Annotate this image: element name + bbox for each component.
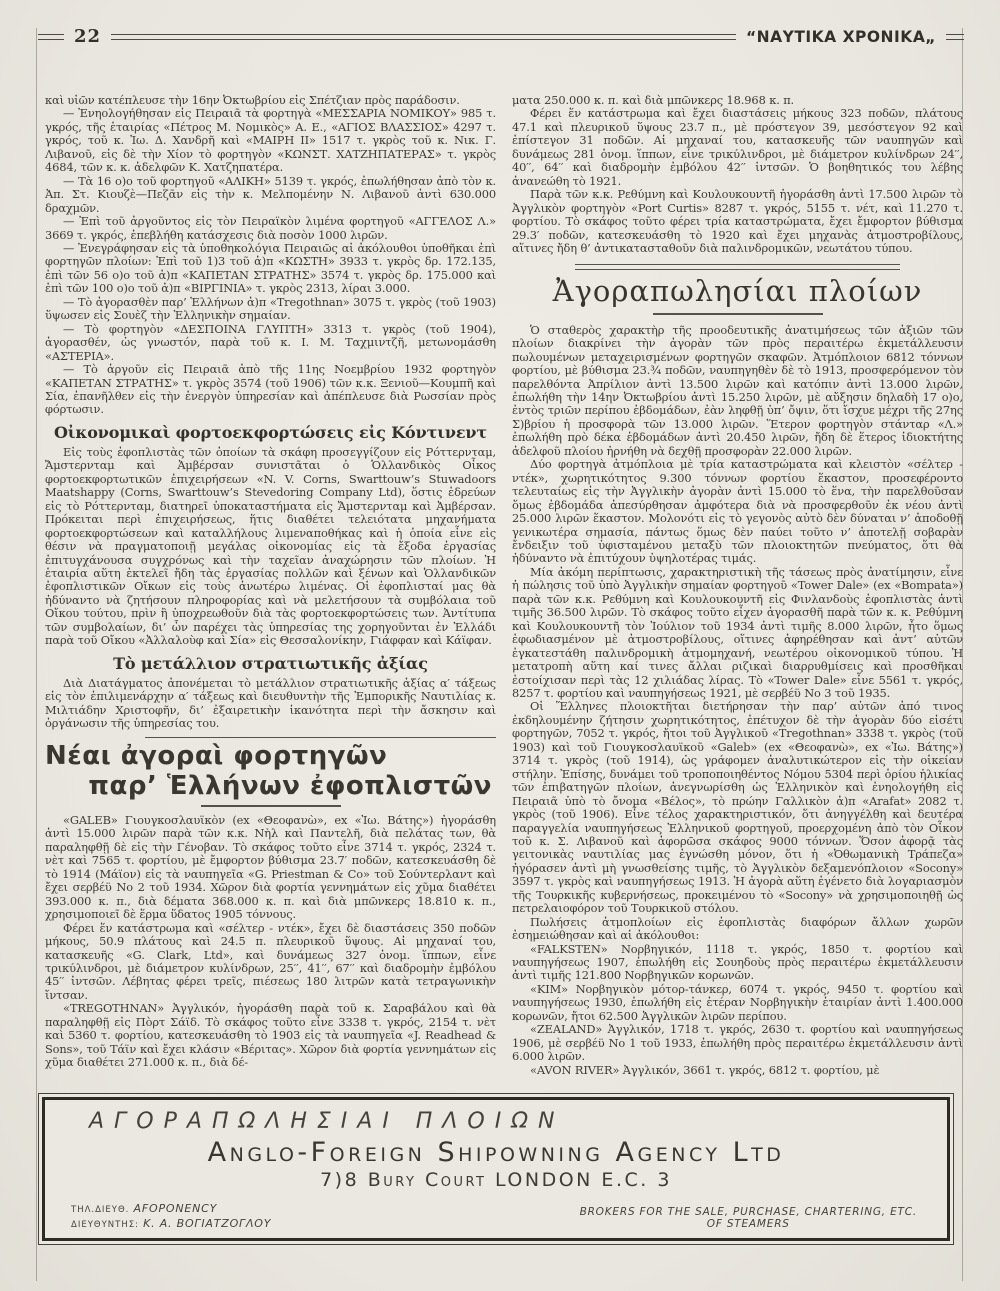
paragraph: Διὰ Διατάγματος ἀπονέμεται τὸ μετάλλιον … xyxy=(45,677,496,731)
divider-rule xyxy=(145,737,496,738)
article-headline: Ἀγοραπωλησίαι πλοίων xyxy=(512,274,963,308)
ad-company-name: Anglo-Foreign Shipowning Agency Ltd xyxy=(45,1137,947,1168)
paragraph: Φέρει ἕν κατάστρωμα καὶ «σέλτερ - ντέκ»,… xyxy=(45,922,496,1003)
ad-brokers-line2: OF STEAMERS xyxy=(580,1218,917,1230)
header-rule xyxy=(946,34,964,40)
divider-rule xyxy=(201,805,341,807)
magazine-page: 22 “ΝΑΥΤΙΚΑ ΧΡΟΝΙΚΑ„ καὶ υἱῶν κατέπλευσε… xyxy=(0,0,1000,1291)
paragraph-continuation: καὶ υἱῶν κατέπλευσε τὴν 16ην Ὀκτωβρίου ε… xyxy=(45,94,496,107)
left-column: καὶ υἱῶν κατέπλευσε τὴν 16ην Ὀκτωβρίου ε… xyxy=(45,94,496,1077)
ad-brokers-block: BROKERS FOR THE SALE, PURCHASE, CHARTERI… xyxy=(580,1206,917,1230)
headline-line1: Νέαι ἀγοραὶ φορτηγῶν xyxy=(45,741,496,771)
paragraph: «ΚΙΜ» Νορβηγικὸν μότορ-τάνκερ, 6074 τ. γ… xyxy=(512,983,963,1023)
ad-telegraph-value: AFOPONENCY xyxy=(134,1202,218,1215)
paragraph: Εἰς τοὺς ἐφοπλιστὰς τῶν ὁποίων τὰ σκάφη … xyxy=(45,446,496,648)
paragraph: Παρὰ τῶν κ.κ. Ρεθύμνη καὶ Κουλουκουντῆ ἠ… xyxy=(512,188,963,255)
paragraph: Ὁ σταθερὸς χαρακτὴρ τῆς προοδευτικῆς ἀνα… xyxy=(512,324,963,459)
header-rule xyxy=(38,34,64,40)
news-item: — Ἐνεγράφησαν εἰς τὰ ὑποθηκολόγια Πειραι… xyxy=(45,242,496,296)
news-item: — Τὸ ἀγορασθὲν παρ’ Ἑλλήνων ἀ)π «Tregoth… xyxy=(45,296,496,323)
paragraph: «GALEB» Γιουγκοσλαυϊκὸν (ex «Θεοφανὼ», e… xyxy=(45,814,496,922)
news-item: — Τὰ 16 ο)ο τοῦ φορτηγοῦ «ΑΛΙΚΗ» 5139 τ.… xyxy=(45,175,496,215)
columns: καὶ υἱῶν κατέπλευσε τὴν 16ην Ὀκτωβρίου ε… xyxy=(45,94,963,1077)
paragraph: «ZEALAND» Ἀγγλικόν, 1718 τ. γκρός, 2630 … xyxy=(512,1023,963,1063)
section-title: Οἰκονομικαὶ φορτοεκφορτώσεις εἰς Κόντινε… xyxy=(45,424,496,442)
page-edge-rule-left xyxy=(36,28,37,1281)
paragraph: Φέρει ἕν κατάστρωμα καὶ ἔχει διαστάσεις … xyxy=(512,107,963,188)
ad-contact-block: ΤΗΛ.ΔΙΕΥΘ. AFOPONENCY ΔΙΕΥΘΥΝΤΗΣ: Κ. Α. … xyxy=(71,1200,271,1230)
ad-director-line: ΔΙΕΥΘΥΝΤΗΣ: Κ. Α. ΒΟΓΙΑΤΖΟΓΛΟΥ xyxy=(71,1217,271,1230)
news-item: — Τὸ φορτηγὸν «ΔΕΣΠΟΙΝΑ ΓΛΥΠΤΗ» 3313 τ. … xyxy=(45,323,496,363)
ad-brokers-line1: BROKERS FOR THE SALE, PURCHASE, CHARTERI… xyxy=(580,1206,917,1218)
ad-director-label: ΔΙΕΥΘΥΝΤΗΣ: xyxy=(71,1220,139,1230)
section-title: Τὸ μετάλλιον στρατιωτικῆς ἀξίας xyxy=(45,655,496,673)
ad-footer: ΤΗΛ.ΔΙΕΥΘ. AFOPONENCY ΔΙΕΥΘΥΝΤΗΣ: Κ. Α. … xyxy=(71,1200,917,1230)
news-item: — Τὸ ἀργοῦν εἰς Πειραιᾶ ἀπὸ τῆς 11ης Νοε… xyxy=(45,363,496,417)
header-rule xyxy=(111,34,736,40)
paragraph: Πωλήσεις ἀτμοπλοίων εἰς ἐφοπλιστὰς διαφό… xyxy=(512,916,963,943)
page-number: 22 xyxy=(74,26,101,47)
ad-address: 7)8 Bury Court LONDON E.C. 3 xyxy=(45,1169,947,1191)
ad-director-value: Κ. Α. ΒΟΓΙΑΤΖΟΓΛΟΥ xyxy=(143,1217,271,1230)
paragraph: «TREGOTHNAN» Ἀγγλικόν, ἠγοράσθη παρὰ τοῦ… xyxy=(45,1002,496,1069)
paragraph: Δύο φορτηγὰ ἀτμόπλοια μὲ τρία καταστρώμα… xyxy=(512,458,963,566)
advertisement-box: ΑΓΟΡΑΠΩΛΗΣΙΑΙ ΠΛΟΙΩΝ Anglo-Foreign Shipo… xyxy=(38,1093,954,1245)
divider-rule xyxy=(575,264,900,270)
news-item: — Ἐνηολογήθησαν εἰς Πειραιᾶ τὰ φορτηγὰ «… xyxy=(45,107,496,174)
paragraph: Οἱ Ἕλληνες πλοιοκτῆται διετήρησαν τὴν πα… xyxy=(512,700,963,915)
ad-title: ΑΓΟΡΑΠΩΛΗΣΙΑΙ ΠΛΟΙΩΝ xyxy=(89,1109,947,1134)
article-headline: Νέαι ἀγοραὶ φορτηγῶν παρ’ Ἑλλήνων ἐφοπλι… xyxy=(45,741,496,801)
page-header: 22 “ΝΑΥΤΙΚΑ ΧΡΟΝΙΚΑ„ xyxy=(38,26,964,47)
news-item: — Ἐπὶ τοῦ ἀργοῦντος εἰς τὸν Πειραϊκὸν λι… xyxy=(45,215,496,242)
headline-line2: παρ’ Ἑλλήνων ἐφοπλιστῶν xyxy=(45,771,496,801)
paragraph: «AVON RIVER» Ἀγγλικόν, 3661 τ. γκρός, 68… xyxy=(512,1064,963,1077)
right-column: ματα 250.000 κ. π. καὶ διὰ μπῶνκερς 18.9… xyxy=(512,94,963,1077)
paragraph: «FALKSTEN» Νορβηγικόν, 1118 τ. γκρός, 18… xyxy=(512,943,963,983)
divider-rule xyxy=(653,313,823,314)
paragraph-continuation: ματα 250.000 κ. π. καὶ διὰ μπῶνκερς 18.9… xyxy=(512,94,963,107)
masthead-title: “ΝΑΥΤΙΚΑ ΧΡΟΝΙΚΑ„ xyxy=(746,28,936,46)
ad-telegraph-label: ΤΗΛ.ΔΙΕΥΘ. xyxy=(71,1205,129,1215)
advertisement-inner-frame: ΑΓΟΡΑΠΩΛΗΣΙΑΙ ΠΛΟΙΩΝ Anglo-Foreign Shipo… xyxy=(42,1097,950,1241)
ad-telegraph-line: ΤΗΛ.ΔΙΕΥΘ. AFOPONENCY xyxy=(71,1202,271,1215)
paragraph: Μία ἀκόμη περίπτωσις, χαρακτηριστικὴ τῆς… xyxy=(512,566,963,701)
